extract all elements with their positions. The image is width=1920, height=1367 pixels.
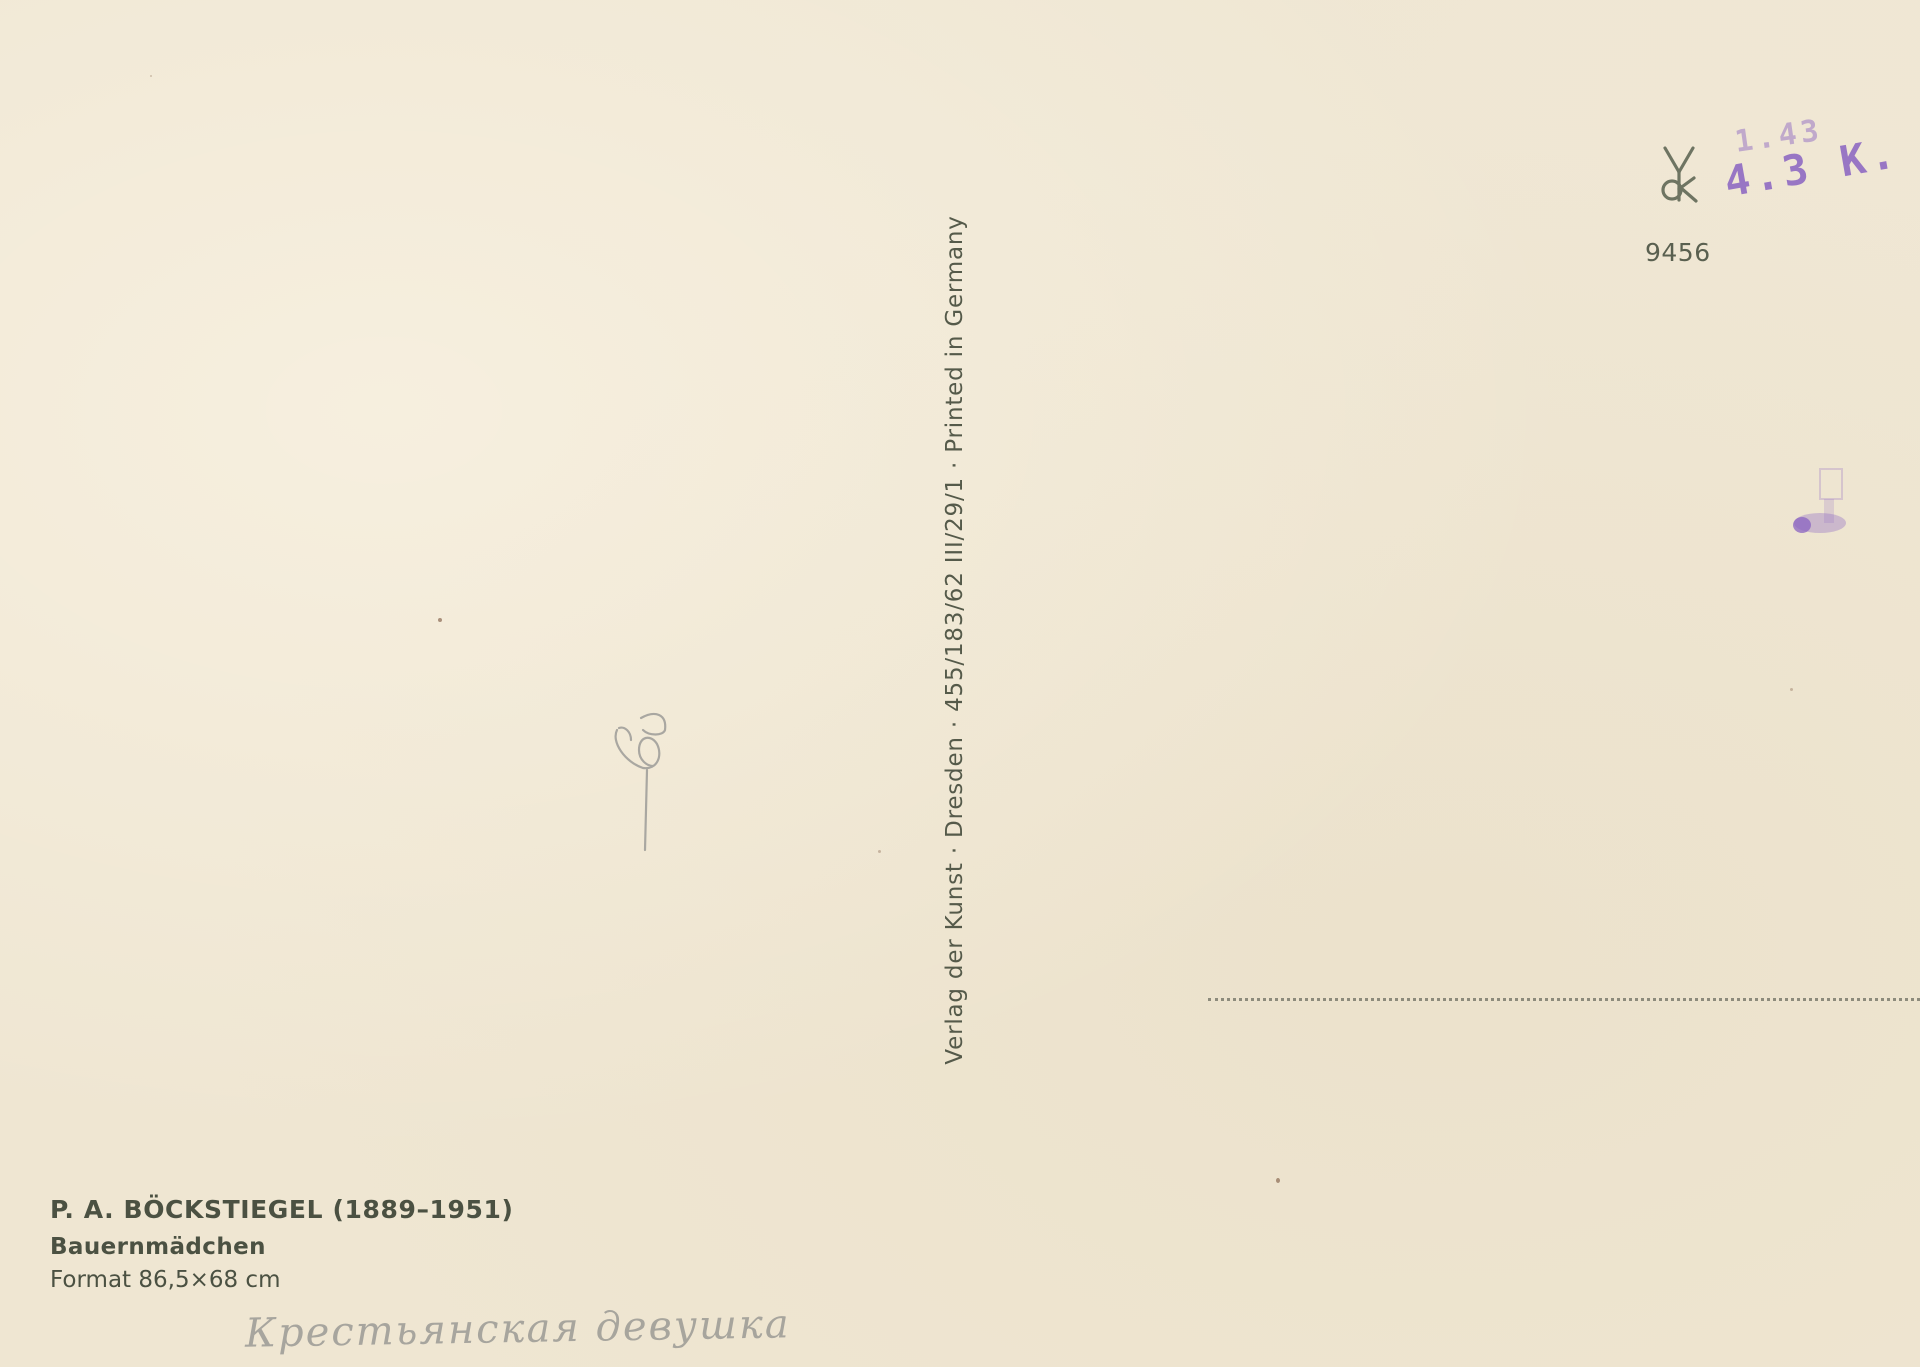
catalog-number: 9456 xyxy=(1645,238,1711,267)
artwork-title: Bauernmädchen xyxy=(50,1230,514,1264)
paper-speck xyxy=(878,850,881,853)
verlag-der-kunst-monogram-icon xyxy=(1660,145,1702,203)
publisher-imprint: Verlag der Kunst · Dresden · 455/183/62 … xyxy=(942,215,968,1064)
artwork-caption: P. A. BÖCKSTIEGEL (1889–1951) Bauernmädc… xyxy=(50,1194,514,1296)
paper-speck xyxy=(150,75,152,77)
artist-line: P. A. BÖCKSTIEGEL (1889–1951) xyxy=(50,1194,514,1226)
paper-speck xyxy=(1790,688,1793,691)
artwork-format: Format 86,5×68 cm xyxy=(50,1264,514,1296)
paper-speck xyxy=(1276,1178,1280,1183)
paper-speck xyxy=(438,618,442,622)
pencil-flourish-icon xyxy=(605,700,675,860)
price-stamp: 1.43 4.3 К. xyxy=(1735,125,1901,207)
ink-smudge-icon xyxy=(1790,465,1860,545)
handwritten-note: Крестьянская девушка xyxy=(245,1301,791,1357)
address-line xyxy=(1208,998,1920,1001)
